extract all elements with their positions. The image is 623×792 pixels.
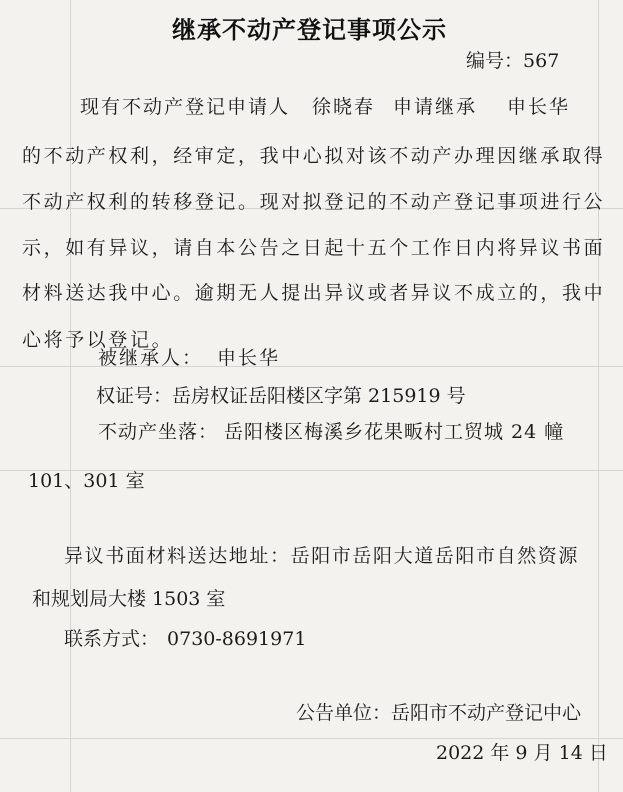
notice-number-label: 编号： xyxy=(466,50,523,72)
applicant-name: 徐晓春 xyxy=(312,96,375,118)
decedent-row: 被继承人：申长华 xyxy=(98,343,280,370)
notice-number: 编号：567 xyxy=(466,46,559,73)
decedent-name: 申长华 xyxy=(507,96,570,118)
objection-address-value: 岳阳市岳阳大道岳阳市自然资源 xyxy=(291,545,579,567)
paragraph-line-3: 不动产权利的转移登记。现对拟登记的不动产登记事项进行公 xyxy=(22,187,605,214)
bleed-vertical-rule xyxy=(598,0,599,792)
location-label: 不动产坐落： xyxy=(98,421,218,443)
notice-title: 继承不动产登记事项公示 xyxy=(172,10,447,45)
paragraph-line-1: 现有不动产登记申请人徐晓春申请继承申长华 xyxy=(80,92,570,119)
paragraph-line-2: 的不动产权利，经审定，我中心拟对该不动产办理因继承取得 xyxy=(22,141,605,168)
certificate-row: 权证号：岳房权证岳阳楼区字第 215919 号 xyxy=(96,381,466,408)
issuer-row: 公告单位：岳阳市不动产登记中心 xyxy=(296,698,581,725)
certificate-label: 权证号： xyxy=(96,385,172,407)
notice-number-value: 567 xyxy=(523,50,559,72)
location-value: 岳阳楼区梅溪乡花果畈村工贸城 24 幢 xyxy=(224,421,564,443)
location-row-continued: 101、301 室 xyxy=(28,466,145,493)
bleed-vertical-rule xyxy=(70,0,71,792)
paragraph-line-5: 材料送达我中心。逾期无人提出异议或者异议不成立的，我中 xyxy=(22,278,605,305)
objection-address-continued: 和规划局大楼 1503 室 xyxy=(32,584,225,611)
contact-row: 联系方式：0730-8691971 xyxy=(64,624,306,651)
decedent-label: 被继承人： xyxy=(98,347,203,369)
decedent-value: 申长华 xyxy=(217,347,280,369)
objection-address-label: 异议书面材料送达地址： xyxy=(64,545,291,567)
bleed-horizontal-rule xyxy=(0,366,623,367)
inherit-action: 申请继承 xyxy=(393,96,477,118)
contact-value: 0730-8691971 xyxy=(167,628,306,650)
issuer-label: 公告单位： xyxy=(296,702,391,724)
objection-address-row: 异议书面材料送达地址：岳阳市岳阳大道岳阳市自然资源 xyxy=(64,541,579,568)
applicant-intro: 现有不动产登记申请人 xyxy=(80,96,290,118)
certificate-value: 岳房权证岳阳楼区字第 215919 号 xyxy=(172,385,466,407)
issuer-value: 岳阳市不动产登记中心 xyxy=(391,702,581,724)
notice-date: 2022 年 9 月 14 日 xyxy=(436,738,608,765)
contact-label: 联系方式： xyxy=(64,628,159,650)
location-row: 不动产坐落：岳阳楼区梅溪乡花果畈村工贸城 24 幢 xyxy=(98,417,564,444)
paragraph-line-4: 示，如有异议，请自本公告之日起十五个工作日内将异议书面 xyxy=(22,233,605,260)
